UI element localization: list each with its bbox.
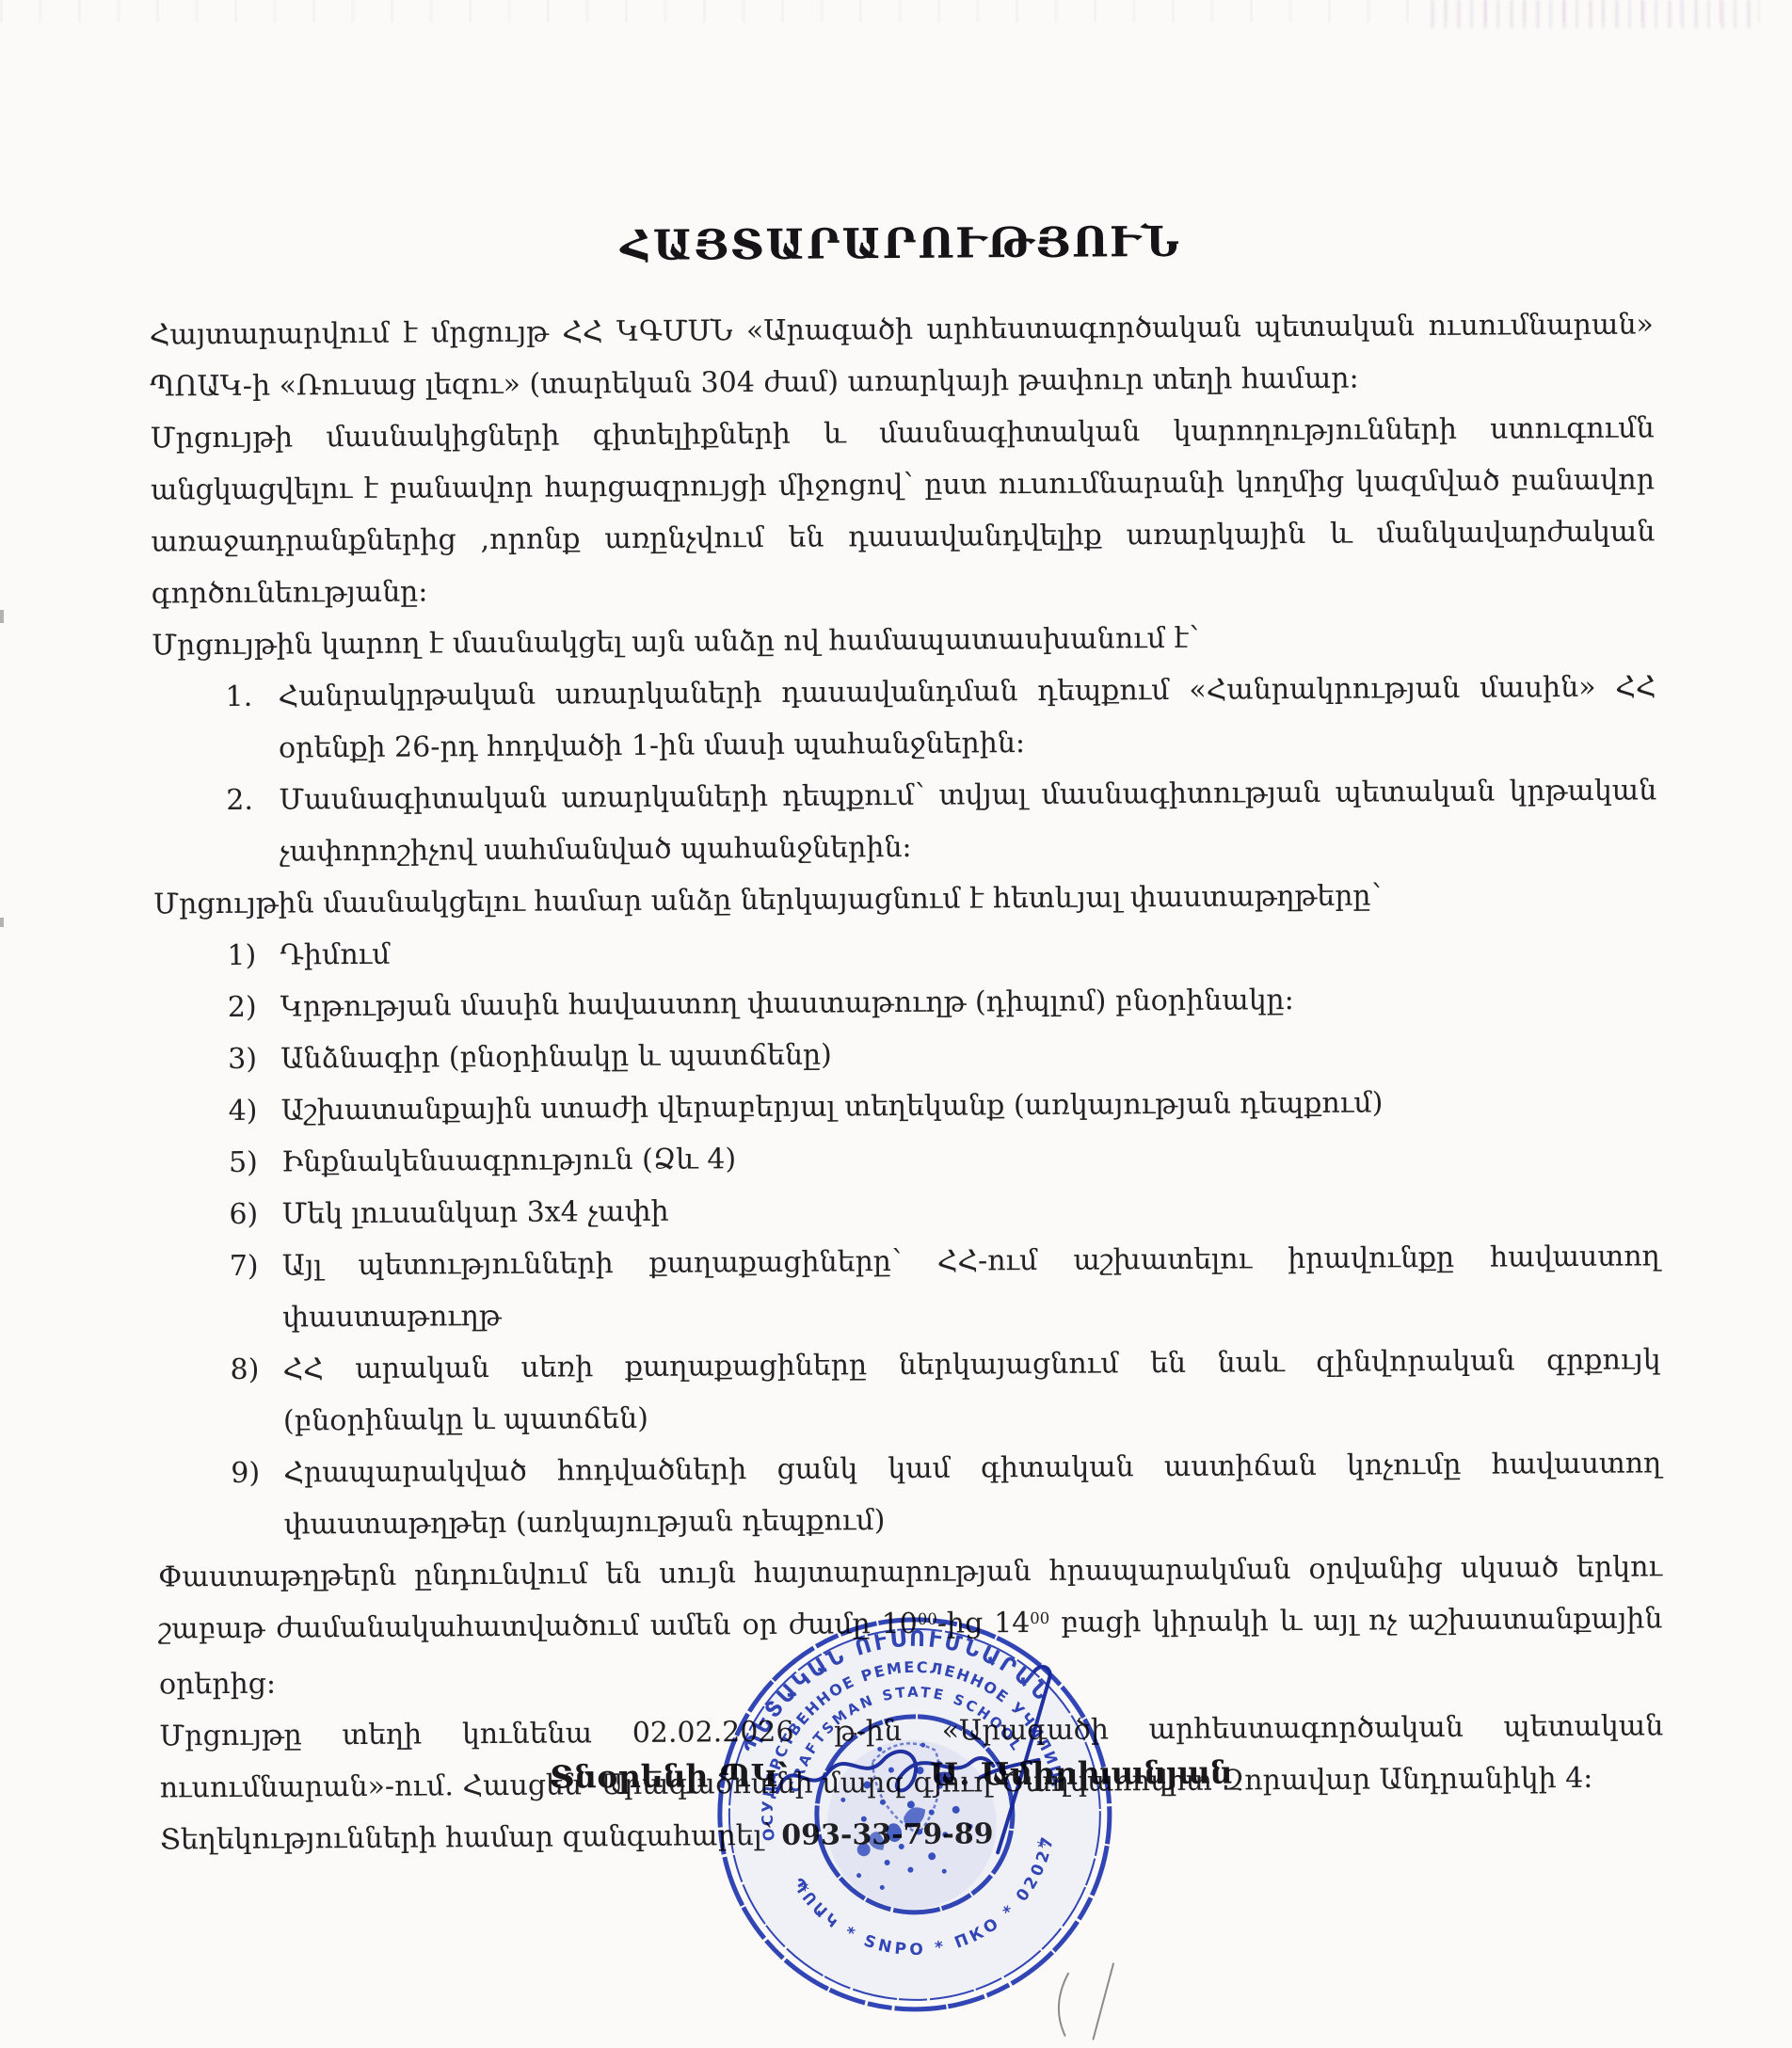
list-marker: 8) xyxy=(230,1344,283,1448)
document-text: Հրապարակված հոդվածների ցանկ կամ գիտական … xyxy=(283,1437,1662,1550)
list-marker: 1) xyxy=(227,930,280,982)
procedure-paragraph: Մրցույթի մասնակիցների գիտելիքների և մասն… xyxy=(150,402,1655,619)
requirement-text: Հանրակրթական առարկաների դասավանդման դեպք… xyxy=(278,661,1656,774)
page-title: ՀԱՅՏԱՐԱՐՈՒԹՅՈՒՆ xyxy=(149,215,1653,273)
document-text: ՀՀ արական սեռի քաղաքացիները ներկայացնում… xyxy=(282,1334,1661,1447)
document-text: Ինքնակենսագրություն (Ձև 4) xyxy=(281,1127,1659,1188)
document-item: 8) ՀՀ արական սեռի քաղաքացիները ներկայացն… xyxy=(156,1334,1661,1448)
list-marker: 3) xyxy=(228,1033,280,1085)
document-text: Կրթության մասին հավաստող փաստաթուղթ (դիպ… xyxy=(280,971,1658,1032)
list-marker: 2. xyxy=(226,775,280,878)
list-marker: 7) xyxy=(230,1240,283,1344)
document-text: Անձնագիր (բնօրինակը և պատճենը) xyxy=(280,1023,1658,1084)
requirement-text: Մասնագիտական առարկաների դեպքում՝ տվյալ մ… xyxy=(279,764,1657,877)
document-body: ՀԱՅՏԱՐԱՐՈՒԹՅՈՒՆ Հայտարարվում է մրցույթ Հ… xyxy=(147,0,1664,1865)
document-text: Աշխատանքային ստաժի վերաբերյալ տեղեկանք (… xyxy=(280,1075,1658,1136)
intro-paragraph: Հայտարարվում է մրցույթ ՀՀ ԿԳՄՍՆ «Արագածի… xyxy=(150,298,1655,412)
scanned-document: ՀԱՅՏԱՐԱՐՈՒԹՅՈՒՆ Հայտարարվում է մրցույթ Հ… xyxy=(0,0,1792,2048)
document-item: 7) Այլ պետությունների քաղաքացիները՝ ՀՀ-ո… xyxy=(156,1230,1661,1344)
pencil-mark xyxy=(1032,1956,1146,2047)
document-item: 9) Հրապարակված հոդվածների ցանկ կամ գիտակ… xyxy=(157,1437,1662,1551)
list-marker: 9) xyxy=(231,1448,284,1551)
document-text: Դիմում xyxy=(280,920,1657,981)
list-marker: 4) xyxy=(228,1085,280,1137)
list-marker: 1. xyxy=(225,671,279,775)
list-marker: 6) xyxy=(229,1189,281,1240)
document-text: Այլ պետությունների քաղաքացիները՝ ՀՀ-ում … xyxy=(282,1230,1661,1343)
requirement-item: 1. Հանրակրթական առարկաների դասավանդման դ… xyxy=(152,661,1656,775)
document-text: Մեկ լուսանկար 3x4 չափի xyxy=(281,1178,1659,1240)
requirement-item: 2. Մասնագիտական առարկաների դեպքում՝ տվյա… xyxy=(152,764,1657,878)
list-marker: 5) xyxy=(229,1137,281,1189)
list-marker: 2) xyxy=(228,982,280,1033)
contact-label: Տեղեկությունների համար զանգահարել՝ xyxy=(160,1819,782,1857)
